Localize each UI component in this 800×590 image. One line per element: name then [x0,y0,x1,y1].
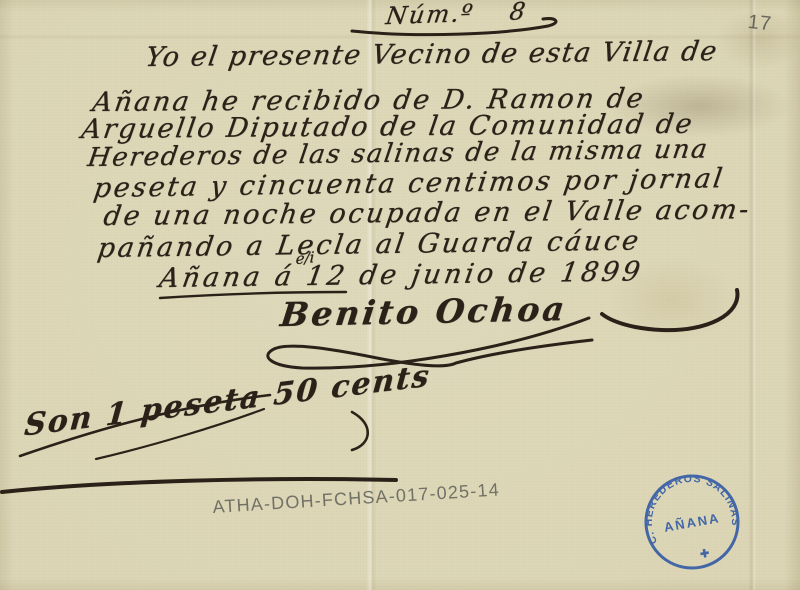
document-number-heading: Núm.º 8 [384,0,529,30]
amount-line: Son 1 peseta 50 cents [23,358,432,444]
date-line: Añana á 12 de junio de 1899 [157,256,645,294]
stamp-center-text: AÑANA [663,510,722,535]
community-stamp: C. HEREDEROS SALINAS AÑANA ✚ [624,454,761,590]
cross-icon: ✚ [699,548,710,561]
year-tail-flourish [602,290,737,330]
stamp-arc-text: C. HEREDEROS SALINAS [635,465,743,547]
manuscript-line: de una noche ocupada en el Valle acom- [101,194,753,232]
scanned-manuscript-page: 17 Núm.º 8 Yo el presente Vecino de esta… [0,0,800,590]
manuscript-line: Yo el presente Vecino de esta Villa de [143,36,720,73]
signature-text: Benito Ochoa [278,289,569,334]
folio-number: 17 [747,11,774,36]
vertical-fold-crease [748,0,756,590]
stamp-graphic: C. HEREDEROS SALINAS AÑANA ✚ [624,454,761,590]
archive-reference-code: ATHA-DOH-FCHSA-017-025-14 [212,479,500,518]
amount-tail-stroke [352,412,368,450]
